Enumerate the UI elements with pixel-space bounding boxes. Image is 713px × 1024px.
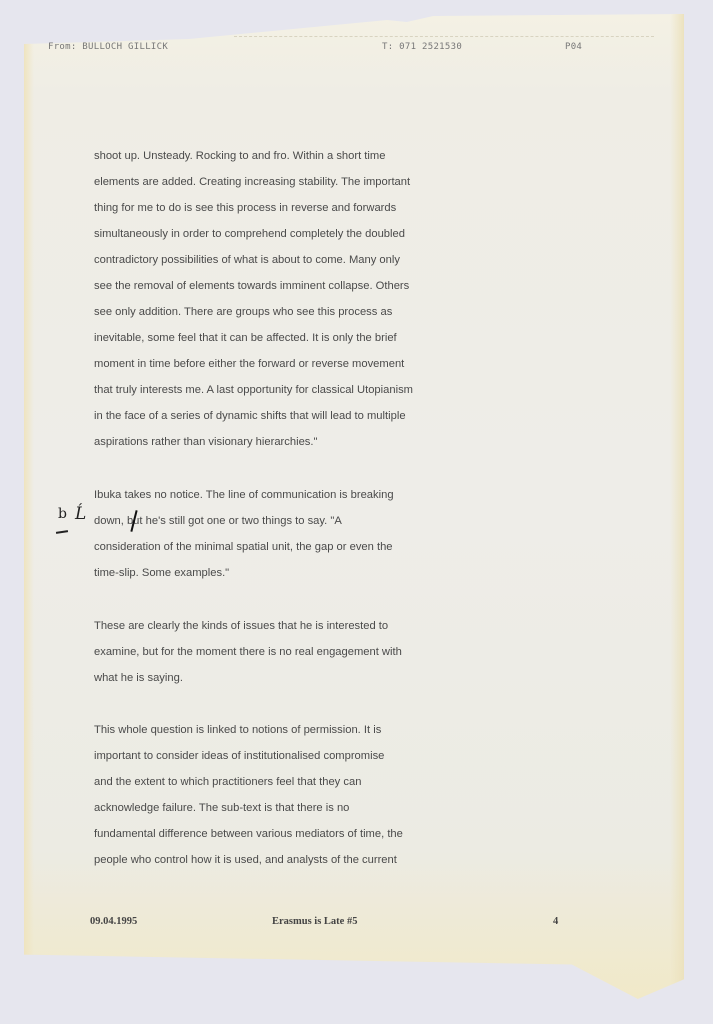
footer-title: Erasmus is Late #5 [272, 916, 357, 927]
text-line: simultaneously in order to comprehend co… [94, 221, 494, 247]
paragraph-1: shoot up. Unsteady. Rocking to and fro. … [94, 143, 494, 455]
paragraph-3: These are clearly the kinds of issues th… [94, 613, 494, 691]
handwritten-margin-mark: b [58, 506, 67, 522]
fax-phone: T: 071 2521530 [382, 42, 462, 52]
text-line: elements are added. Creating increasing … [94, 169, 494, 195]
text-line: consideration of the minimal spatial uni… [94, 534, 494, 560]
text-line: important to consider ideas of instituti… [94, 743, 494, 769]
text-line: examine, but for the moment there is no … [94, 639, 494, 665]
handwritten-bracket-mark: Ĺ [75, 504, 86, 524]
text-line: see only addition. There are groups who … [94, 299, 494, 325]
text-line: that truly interests me. A last opportun… [94, 377, 494, 403]
fax-from: From: BULLOCH GILLICK [48, 42, 168, 52]
text-line: Ibuka takes no notice. The line of commu… [94, 482, 494, 508]
text-line: aspirations rather than visionary hierar… [94, 429, 494, 455]
text-line: what he is saying. [94, 665, 494, 691]
text-line: and the extent to which practitioners fe… [94, 769, 494, 795]
text-line: time-slip. Some examples." [94, 560, 494, 586]
text-line: shoot up. Unsteady. Rocking to and fro. … [94, 143, 494, 169]
text-line: These are clearly the kinds of issues th… [94, 613, 494, 639]
text-line: inevitable, some feel that it can be aff… [94, 325, 494, 351]
fax-page-number: P04 [565, 42, 582, 52]
text-line: moment in time before either the forward… [94, 351, 494, 377]
text-line: This whole question is linked to notions… [94, 717, 494, 743]
paragraph-4: This whole question is linked to notions… [94, 717, 494, 873]
paragraph-2: Ibuka takes no notice. The line of commu… [94, 482, 494, 586]
text-line: people who control how it is used, and a… [94, 847, 494, 873]
footer-page-number: 4 [553, 916, 558, 927]
text-line: acknowledge failure. The sub-text is tha… [94, 795, 494, 821]
text-line: down, but he's still got one or two thin… [94, 508, 494, 534]
footer-date: 09.04.1995 [90, 916, 137, 927]
text-line: see the removal of elements towards immi… [94, 273, 494, 299]
text-line: in the face of a series of dynamic shift… [94, 403, 494, 429]
fax-perforation-line [234, 36, 654, 37]
text-line: contradictory possibilities of what is a… [94, 247, 494, 273]
fax-header: From: BULLOCH GILLICK T: 071 2521530 P04 [0, 42, 713, 54]
text-line: fundamental difference between various m… [94, 821, 494, 847]
text-line: thing for me to do is see this process i… [94, 195, 494, 221]
